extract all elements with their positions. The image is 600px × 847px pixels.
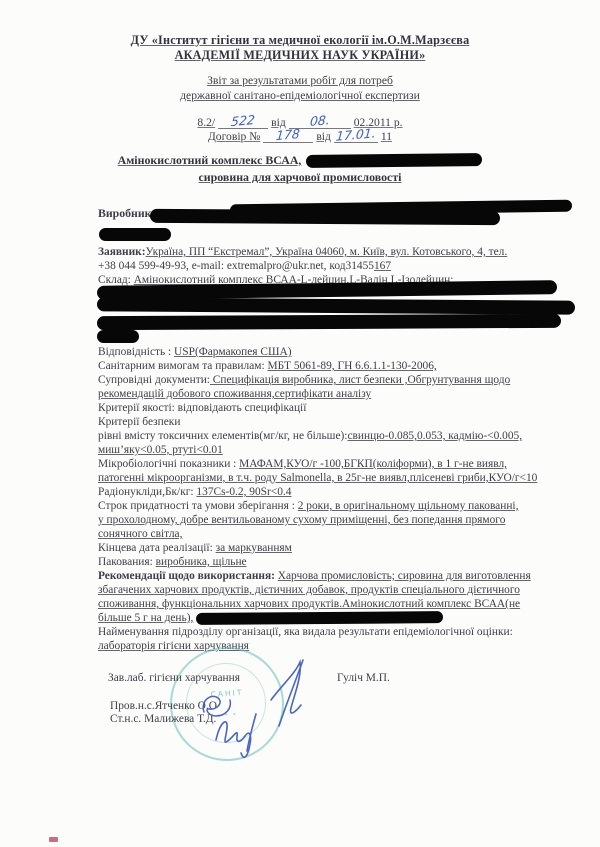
final-date-value: за маркуванням: [216, 542, 292, 554]
redaction-bar-composition-2: [97, 297, 575, 314]
issuing-unit-line1: Найменування підрозділу організації, яка…: [98, 625, 582, 639]
applicant-code-tail: 167: [374, 260, 391, 272]
toxic-line1: рівні вмісту токсичних елементів(мг/кг, …: [98, 429, 582, 443]
applicant-label: Заявник:: [98, 246, 146, 258]
toxic-value2: миш’яку<0.05, ртуті<0.01: [98, 444, 223, 456]
issuing-unit-line2: лабораторія гігієни харчування: [98, 639, 582, 653]
micro-label: Мікробіологічні показники :: [98, 458, 239, 470]
contract-date-slot: 17.01.: [334, 127, 378, 143]
contract-year: 11: [378, 130, 395, 143]
micro-line2: патогенні мікроорганізми, в т.ч. роду Sa…: [98, 471, 582, 485]
org-name-line1: ДУ «Інститут гігієни та медичної екологі…: [131, 33, 470, 47]
applicant-value: Україна, ПП “Екстремал”, Україна 04060, …: [146, 246, 508, 258]
contract-number-slot: 178: [263, 127, 313, 143]
final-date-label: Кінцева дата реалізації:: [98, 542, 216, 554]
report-subtitle-line2: державної санітано-епідеміологічної експ…: [180, 89, 420, 102]
packaging-line: Пакования: виробника, щільне: [98, 555, 582, 569]
redaction-bar-title: [306, 153, 482, 168]
contract-date-handwritten: 17.01.: [335, 125, 376, 144]
documents-value1: Специфікація виробника, лист безпеки ,Об…: [210, 374, 510, 386]
radionuclides-value: 137Cs-0.2, 90Sr<0.4: [196, 486, 291, 498]
radionuclides-line: Радіонукліди,Бк/кг: 137Cs-0.2, 90Sr<0.4: [98, 485, 582, 499]
redaction-block: [98, 287, 582, 345]
safety-header-text: Критерії безпеки: [98, 416, 180, 428]
shelf-value3: сонячного світла,: [98, 528, 182, 540]
shelf-value1: 2 роки, в оригінальному щільному пакован…: [298, 500, 519, 512]
applicant-contact: +38 044 599-49-93, e-mail: extremalpro@u…: [98, 260, 374, 272]
final-date-line: Кінцева дата реалізації: за маркуванням: [98, 541, 582, 555]
shelf-label: Строк придатності та умови зберігання :: [98, 500, 298, 512]
documents-line1: Супровідні документи: Специфікація вироб…: [98, 373, 582, 387]
recommendations-value2: збагачених харчових продуктів, дієтичних…: [98, 584, 520, 596]
composition-label: Склад:: [98, 274, 134, 286]
redaction-bar-composition-3: [97, 314, 561, 330]
contract-vid-label: від: [313, 130, 334, 143]
sanitary-line: Санітарним вимогам та правилам: МБТ 5061…: [98, 359, 582, 373]
shelf-line2: у прохолодному, добре вентильованому сух…: [98, 513, 582, 527]
document-title-text: Амінокислотний комплекс ВСАА,: [118, 153, 302, 168]
recommendations-value1: Харчова промисловість; сировина для виго…: [278, 570, 531, 582]
documents-value2: рекомендацій добового споживання,сертифі…: [98, 388, 371, 400]
document-title-line2: сировина для харчової промисловості: [0, 170, 600, 185]
document-title-line1: Амінокислотний комплекс ВСАА,: [0, 153, 600, 168]
safety-header-line: Критерії безпеки: [98, 415, 582, 429]
scanned-document-page: ДУ «Інститут гігієни та медичної екологі…: [0, 0, 600, 847]
toxic-label: рівні вмісту токсичних елементів(мг/кг, …: [98, 430, 347, 442]
manufacturer-label: Виробник:: [98, 206, 155, 221]
signature-position-1: Зав.лаб. гігієни харчування: [108, 672, 240, 684]
org-name-line2: АКАДЕМІЇ МЕДИЧНИХ НАУК УКРАЇНИ»: [175, 48, 426, 62]
recommendations-value3: споживання, функціональних харчових прод…: [98, 598, 520, 610]
shelf-line3: сонячного світла,: [98, 527, 582, 541]
signature-ink-malyzheva: [210, 706, 272, 760]
document-title-text2: сировина для харчової промисловості: [199, 170, 402, 184]
documents-label: Супровідні документи:: [98, 374, 210, 386]
recommendations-line2: збагачених харчових продуктів, дієтичних…: [98, 583, 582, 597]
recommendations-line3: споживання, функціональних харчових прод…: [98, 597, 582, 611]
documents-line2: рекомендацій добового споживання,сертифі…: [98, 387, 582, 401]
micro-value2: патогенні мікроорганізми, в т.ч. роду Sa…: [98, 472, 537, 484]
recommendations-line4: більше 5 г на день),: [98, 611, 582, 625]
shelf-value2: у прохолодному, добре вентильованому сух…: [98, 514, 505, 526]
sanitary-label: Санітарним вимогам та правилам:: [98, 360, 268, 372]
conformity-value: USP(Фармакопея США): [174, 346, 291, 358]
toxic-line2: миш’яку<0.05, ртуті<0.01: [98, 443, 582, 457]
micro-value1: МАФАМ,КУО/г -100,БГКП(коліформи), в 1 г-…: [239, 458, 507, 470]
shelf-line1: Строк придатності та умови зберігання : …: [98, 499, 582, 513]
signature-ink-main: [263, 652, 325, 734]
radionuclides-label: Радіонукліди,Бк/кг:: [98, 486, 196, 498]
issuing-unit-label: Найменування підрозділу організації, яка…: [98, 626, 513, 638]
packaging-label: Пакования:: [98, 556, 156, 568]
org-header: ДУ «Інститут гігієни та медичної екологі…: [0, 33, 600, 63]
recommendations-label: Рекомендації щодо використання:: [98, 570, 278, 582]
report-subtitle: Звіт за результатами робіт для потреб де…: [0, 74, 600, 103]
redaction-bar-manufacturer-2: [150, 209, 500, 225]
packaging-value: виробника, щільне: [156, 556, 247, 568]
recommendations-value4: більше 5 г на день),: [98, 612, 193, 624]
report-subtitle-line1: Звіт за результатами робіт для потреб: [207, 74, 393, 87]
sanitary-value: МБТ 5061-89, ГН 6.6.1.1-130-2006,: [268, 360, 437, 372]
recommendations-line1: Рекомендації щодо використання: Харчова …: [98, 569, 582, 583]
red-ink-mark: [49, 837, 58, 842]
contract-number-handwritten: 178: [276, 126, 301, 143]
quality-line: Критерії якості: відповідають специфікац…: [98, 401, 582, 415]
contract-number-row: Договір № 178 від 17.01. 11: [0, 127, 600, 143]
applicant-contact-line: +38 044 599-49-93, e-mail: extremalpro@u…: [98, 259, 582, 273]
contract-label: Договір №: [205, 130, 263, 143]
micro-line1: Мікробіологічні показники : МАФАМ,КУО/г …: [98, 457, 582, 471]
toxic-value1: свинцю-0.085,0.053, кадмію-<0.005,: [347, 430, 522, 442]
quality-text: Критерії якості: відповідають специфікац…: [98, 402, 306, 414]
applicant-line: Заявник:Україна, ПП “Екстремал”, Україна…: [98, 245, 582, 259]
redaction-bar-composition-4: [97, 330, 139, 343]
redaction-bar-recommendations: [196, 612, 443, 626]
conformity-label: Відповідність :: [98, 346, 174, 358]
conformity-line: Відповідність : USP(Фармакопея США): [98, 345, 582, 359]
document-body: Заявник:Україна, ПП “Екстремал”, Україна…: [98, 245, 582, 653]
redaction-bar-manufacturer-3: [99, 228, 171, 241]
signature-name-1: Гуліч М.П.: [337, 672, 390, 684]
